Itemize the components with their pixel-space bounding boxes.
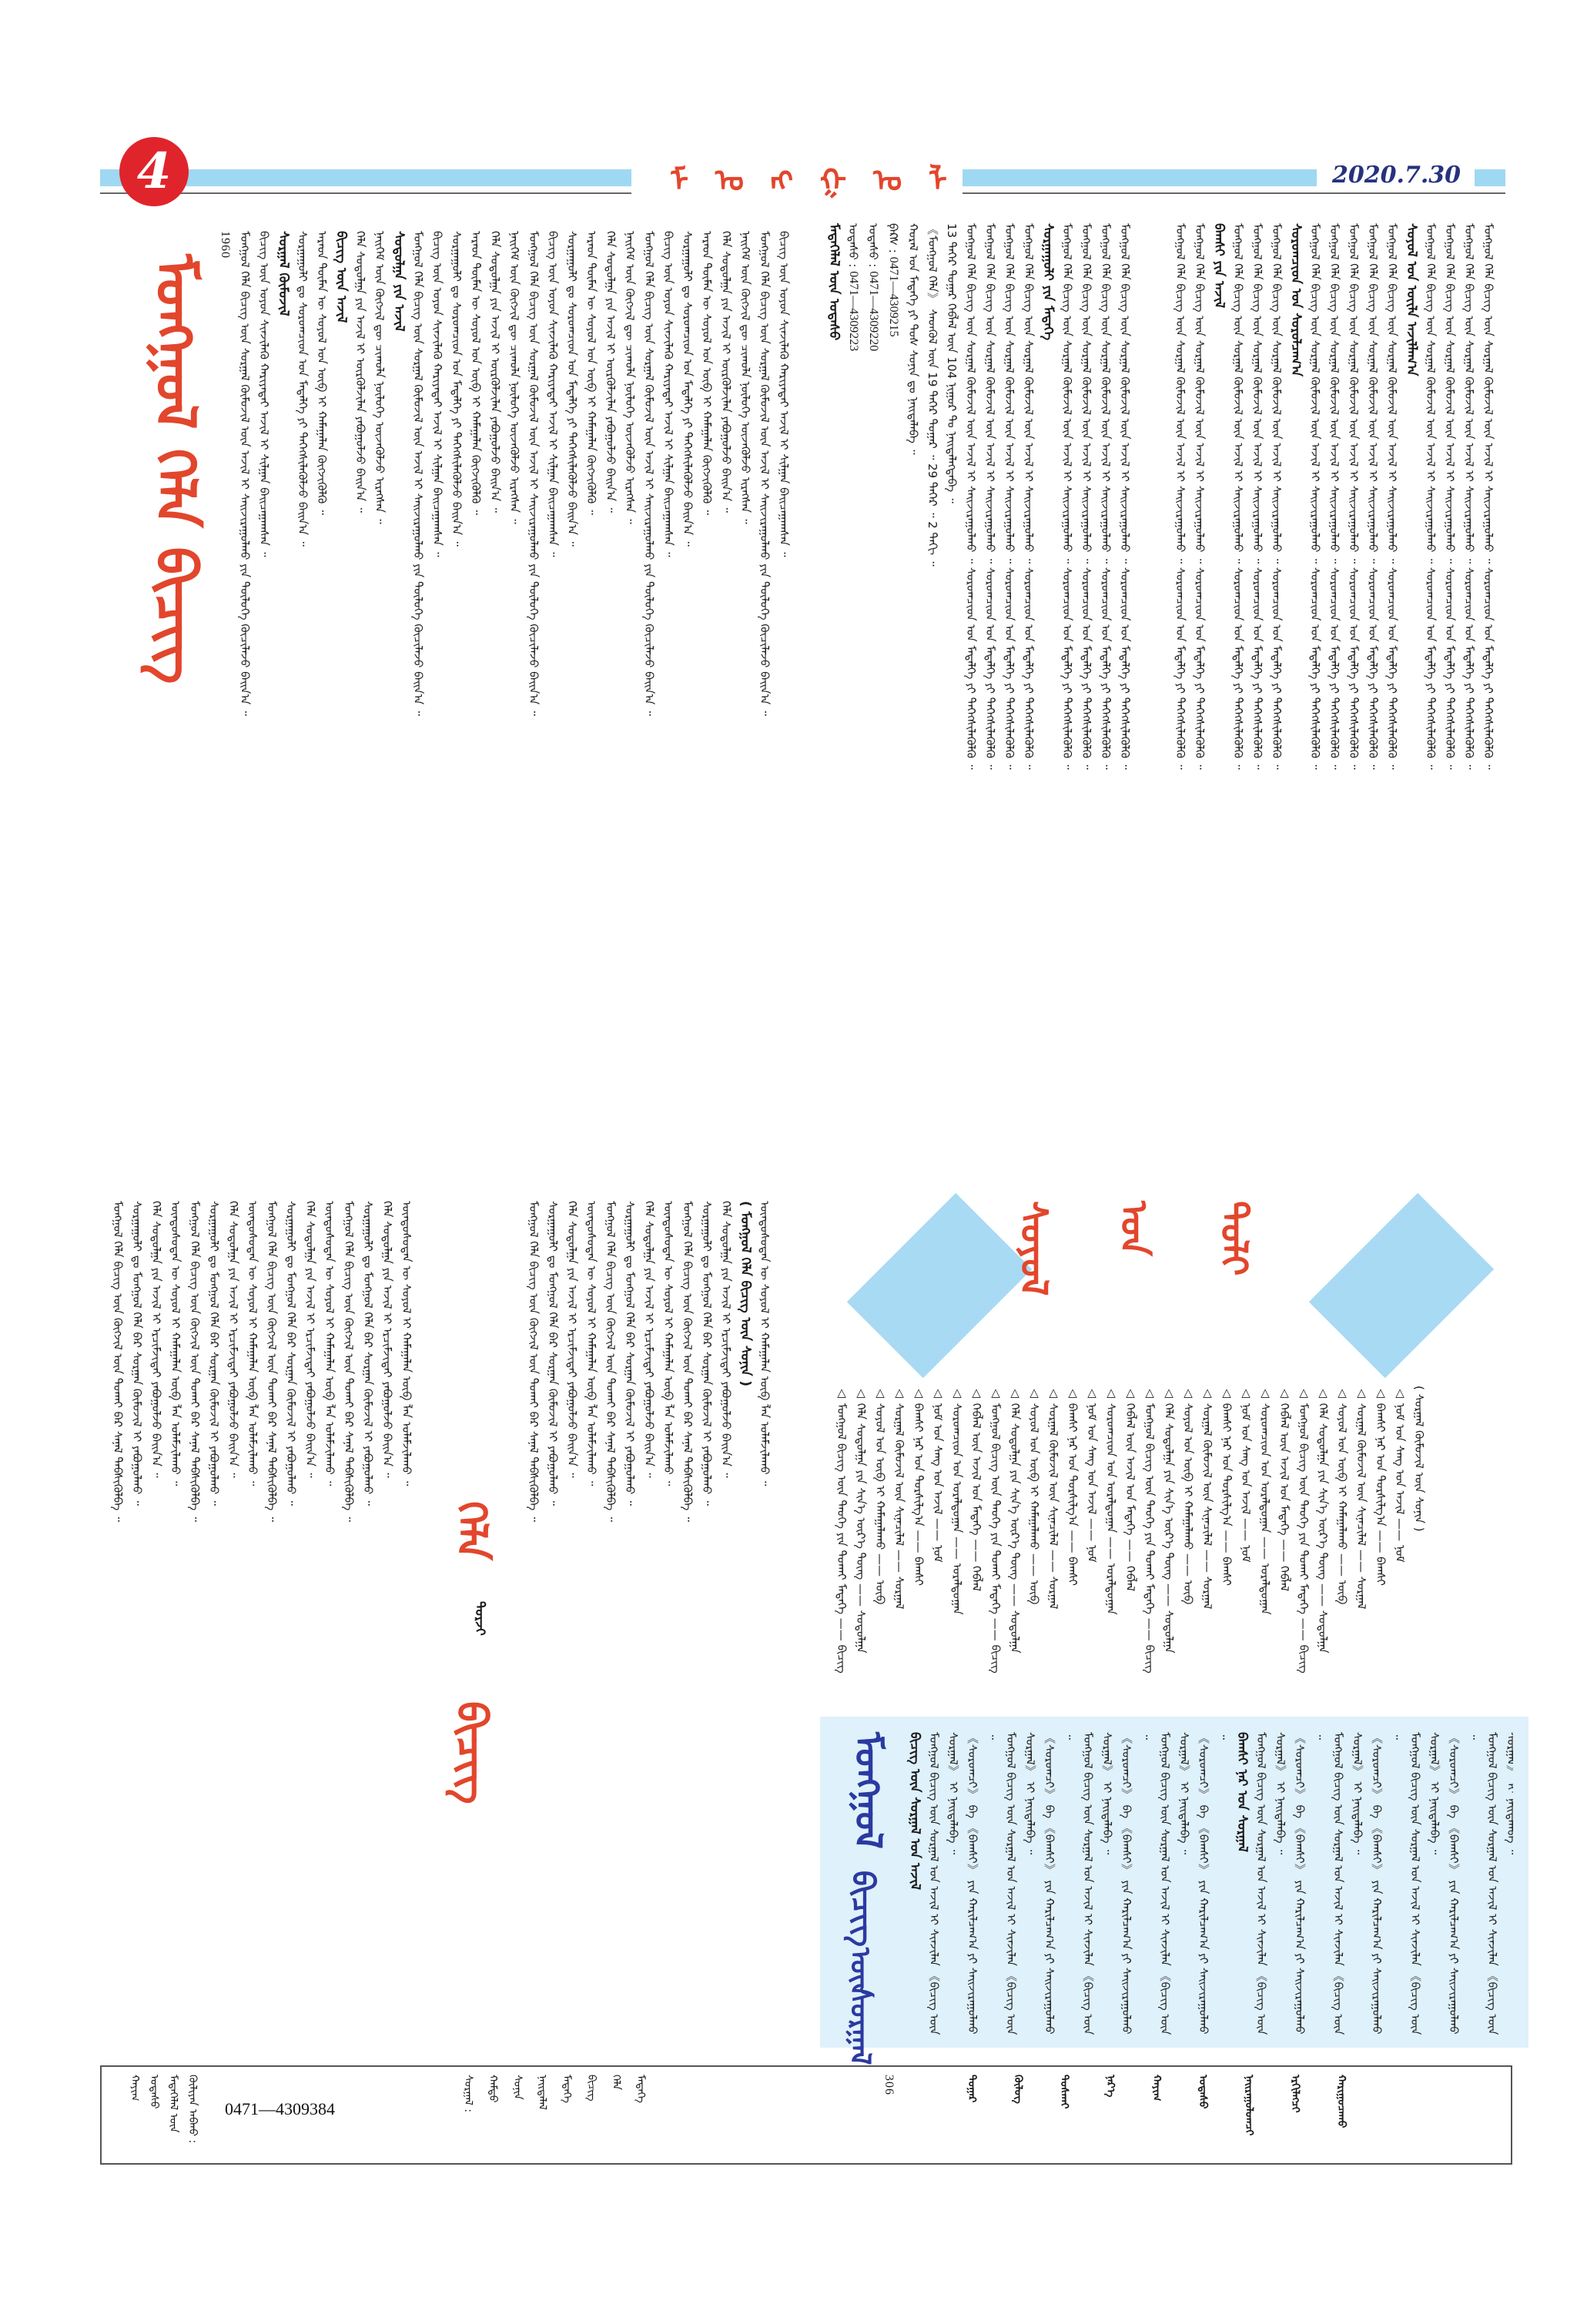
footer-left-labels: ᠬᠠᠶᠢᠭ ᠤᠲᠠᠰᠤ ᠮᠡᠳᠡᠭᠡᠯᠡᠯ ᠦᠨ ᠬᠦᠯᠢᠶᠡᠨ ᠠᠪᠬᠤ : [125, 2075, 217, 2159]
left-feature-paragraph: ᠮᠣᠩᠭᠣᠯ ᠬᠡᠯᠡ ᠪᠢᠴᠢᠭ ᠦᠨ ᠬᠥᠭᠵᠢᠯ ᠦᠨ ᠲᠤᠬᠠᠢ ᠪᠠᠷ… [185, 1201, 204, 2009]
news-paragraph: ᠮᠣᠩᠭᠣᠯ ᠬᠡᠯᠡ ᠪᠢᠴᠢᠭ ᠦᠨ ᠰᠤᠷᠭᠠᠯ ᠬᠦᠮᠦᠵᠢᠯ ᠦᠨ ᠠ… [1057, 223, 1076, 1185]
diamond-section-title-part: ᠲᠤᠯᠢ [1201, 1201, 1266, 1276]
feature-paragraph: ᠰᠤᠷᠭᠠᠭᠤᠯᠢ ᠳᠤ ᠰᠤᠷᠤᠭᠴᠢᠳ ᠤᠨ ᠮᠡᠳᠡᠯᠭᠡ ᠶᠢ ᠳᠡᠭᠡ… [447, 231, 466, 1185]
left-feature-paragraph: ᠬᠡᠯᠡ ᠰᠤᠳᠤᠯᠭᠠ ᠶᠢᠨ ᠠᠵᠢᠯ ᠢ ᠡᠷᠴᠢᠮᠵᠢᠲᠡᠢ ᠶᠠᠪᠤᠭ… [223, 1201, 243, 2009]
notice-paragraph: 《ᠮᠣᠩᠭᠣᠯ ᠬᠡᠯᠡ》 ᠰᠡᠳᠬᠦᠯ ᠦᠨ 19 ᠳᠡᠭᠡᠷ ᠳᠤᠭᠠᠷ ᠃… [922, 223, 942, 1185]
feature-paragraph: ᠮᠣᠩᠭᠣᠯ ᠬᠡᠯᠡ ᠪᠢᠴᠢᠭ ᠦᠨ ᠰᠤᠷᠭᠠᠯ ᠬᠦᠮᠦᠵᠢᠯ ᠦᠨ ᠠ… [524, 231, 543, 1185]
feature-paragraph: ᠨᠡᠢᠭᠡᠮ ᠦᠨ ᠬᠥᠭᠵᠢᠯ ᠳᠦ ᠴᠢᠬᠤᠯᠠ ᠨᠥᠯᠥᠭᠡ ᠦᠵᠡᠭᠦᠯ… [735, 231, 755, 1185]
feature-paragraph: ᠮᠣᠩᠭᠣᠯ ᠬᠡᠯᠡ ᠪᠢᠴᠢᠭ ᠦᠨ ᠰᠤᠷᠭᠠᠯ ᠬᠦᠮᠦᠵᠢᠯ ᠦᠨ ᠠ… [755, 231, 774, 1185]
left-feature-paragraph: ᠦᠨᠳᠦᠰᠦᠲᠡᠨ ᠦ ᠰᠣᠶᠣᠯ ᠢ ᠬᠠᠮᠠᠭᠠᠯᠠᠨ ᠥᠪ ᠯᠡᠨ ᠤᠯᠠ… [658, 1201, 678, 2009]
left-feature-paragraph: ᠦᠨᠳᠦᠰᠦᠲᠡᠨ ᠦ ᠰᠣᠶᠣᠯ ᠢ ᠬᠠᠮᠠᠭᠠᠯᠠᠨ ᠥᠪ ᠯᠡᠨ ᠤᠯᠠ… [166, 1201, 185, 2009]
feature-paragraph: ᠬᠡᠯᠡ ᠰᠤᠳᠤᠯᠭᠠ ᠶᠢᠨ ᠠᠵᠢᠯ ᠢ ᠦᠷᠭᠦᠯᠵᠢᠯᠡᠨ ᠶᠠᠪᠤᠭ… [716, 231, 735, 1185]
list-item: △ ᠰᠤᠷᠭᠠᠯ ᠬᠦᠮᠦᠵᠢᠯ ᠦᠨ ᠰᠢᠨᠡᠴᠢᠯᠡᠯ —— ᠰᠤᠷᠭᠠᠯ [1351, 1386, 1371, 1709]
feature-paragraph: ᠠᠷᠠᠳ ᠲᠦᠮᠡᠨ ᠦ ᠰᠣᠶᠣᠯ ᠤᠨ ᠥᠪ ᠢ ᠬᠠᠮᠠᠭᠠᠯᠠᠨ ᠬᠥᠭ… [697, 231, 716, 1185]
footer-label: ᠮᠡᠳᠡᠭᠡᠯᠡᠯ ᠦᠨ [163, 2075, 182, 2159]
source-credit: ( ᠰᠤᠷᠭᠠᠯ ᠬᠦᠮᠦᠵᠢᠯ ᠦᠨ ᠰᠣᠨᠢᠨ ) [1409, 1386, 1428, 1709]
list-item: △ ᠬᠡᠯᠡ ᠰᠤᠳᠤᠯᠭᠠ ᠶᠢᠨ ᠰᠢᠨ᠎ᠡ ᠦᠷ᠎ᠡ ᠳᠦᠩ —— ᠰᠤᠳ… [1313, 1386, 1332, 1709]
blue-box-paragraph: ᠮᠣᠩᠭᠣᠯ ᠪᠢᠴᠢᠭ ᠦᠨ ᠰᠤᠷᠭᠠᠯ ᠤᠨ ᠠᠵᠢᠯ ᠢ ᠰᠢᠨᠵᠢᠯᠡ… [1078, 1732, 1117, 2040]
footer-right-labels: ᠳᠤᠭᠠᠷ ᠬᠥᠯᠥᠭ ᠲᠤᠰᠬᠠᠢ ᠨᠡᠷ᠎ᠡ ᠬᠠᠶᠢᠭ ᠤᠲᠠᠰᠤ ᠨᠠᠢ… [949, 2075, 1488, 2159]
footer-label: ᠰᠤᠷᠭᠠᠯ : [456, 2075, 480, 2159]
news-paragraph: ᠮᠣᠩᠭᠣᠯ ᠬᠡᠯᠡ ᠪᠢᠴᠢᠭ ᠦᠨ ᠰᠤᠷᠭᠠᠯ ᠬᠦᠮᠦᠵᠢᠯ ᠦᠨ ᠠ… [1421, 223, 1440, 1185]
footer-label: ᠬᠠᠶᠢᠭ [125, 2075, 144, 2159]
feature-paragraph: ᠠᠷᠠᠳ ᠲᠦᠮᠡᠨ ᠦ ᠰᠣᠶᠣᠯ ᠤᠨ ᠥᠪ ᠢ ᠬᠠᠮᠠᠭᠠᠯᠠᠨ ᠬᠥᠭ… [466, 231, 485, 1185]
diamond-section-title-part: ᠤᠨ [1101, 1201, 1166, 1256]
footer-label: ᠤᠲᠠᠰᠤ [1180, 2075, 1226, 2159]
left-feature-paragraph: ᠰᠤᠷᠭᠠᠭᠤᠯᠢ ᠳᠤ ᠮᠣᠩᠭᠣᠯ ᠬᠡᠯᠡ ᠪᠡᠷ ᠰᠤᠷᠭᠠᠨ ᠬᠦᠮᠦ… [358, 1201, 377, 2009]
list-item: △ ᠮᠣᠩᠭᠣᠯ ᠪᠢᠴᠢᠭ ᠦᠨ ᠲᠡᠦᠬᠡ ᠶᠢᠨ ᠲᠤᠬᠠᠢ ᠮᠡᠳᠡᠭᠡ… [986, 1386, 1005, 1709]
news-paragraph: ᠮᠣᠩᠭᠣᠯ ᠬᠡᠯᠡ ᠪᠢᠴᠢᠭ ᠦᠨ ᠰᠤᠷᠭᠠᠯ ᠬᠦᠮᠦᠵᠢᠯ ᠦᠨ ᠠ… [1267, 223, 1286, 1185]
left-feature-paragraph: ᠰᠤᠷᠭᠠᠭᠤᠯᠢ ᠳᠤ ᠮᠣᠩᠭᠣᠯ ᠬᠡᠯᠡ ᠪᠡᠷ ᠰᠤᠷᠭᠠᠨ ᠬᠦᠮᠦ… [543, 1201, 562, 2009]
footer-phone-number: 0471—4309384 [225, 2099, 335, 2119]
left-feature-paragraph: ᠮᠣᠩᠭᠣᠯ ᠬᠡᠯᠡ ᠪᠢᠴᠢᠭ ᠦᠨ ᠬᠥᠭᠵᠢᠯ ᠦᠨ ᠲᠤᠬᠠᠢ ᠪᠠᠷ… [601, 1201, 620, 2009]
left-feature-paragraph: ᠰᠤᠷᠭᠠᠭᠤᠯᠢ ᠳᠤ ᠮᠣᠩᠭᠣᠯ ᠬᠡᠯᠡ ᠪᠡᠷ ᠰᠤᠷᠭᠠᠨ ᠬᠦᠮᠦ… [127, 1201, 146, 2009]
list-item: △ ᠮᠣᠩᠭᠣᠯ ᠪᠢᠴᠢᠭ ᠦᠨ ᠲᠡᠦᠬᠡ ᠶᠢᠨ ᠲᠤᠬᠠᠢ ᠮᠡᠳᠡᠭᠡ… [1294, 1386, 1313, 1709]
feature-paragraph: ᠬᠡᠯᠡ ᠰᠤᠳᠤᠯᠭᠠ ᠶᠢᠨ ᠠᠵᠢᠯ ᠢ ᠦᠷᠭᠦᠯᠵᠢᠯᠡᠨ ᠶᠠᠪᠤᠭ… [601, 231, 620, 1185]
phone-label: ᠤᠲᠠᠰᠤ [846, 223, 860, 260]
masthead-glyph: ᠣ [715, 146, 744, 200]
footer-info-box: ᠬᠠᠶᠢᠭ ᠤᠲᠠᠰᠤ ᠮᠡᠳᠡᠭᠡᠯᠡᠯ ᠦᠨ ᠬᠦᠯᠢᠶᠡᠨ ᠠᠪᠬᠤ : … [100, 2065, 1512, 2165]
footer-label: ᠮᠡᠳᠡᠭᠡ [628, 2075, 653, 2159]
feature-paragraph: ᠨᠡᠢᠭᠡᠮ ᠦᠨ ᠬᠥᠭᠵᠢᠯ ᠳᠦ ᠴᠢᠬᠤᠯᠠ ᠨᠥᠯᠥᠭᠡ ᠦᠵᠡᠭᠦᠯ… [620, 231, 639, 1185]
left-feature-paragraph: ᠬᠡᠯᠡ ᠰᠤᠳᠤᠯᠭᠠ ᠶᠢᠨ ᠠᠵᠢᠯ ᠢ ᠡᠷᠴᠢᠮᠵᠢᠲᠡᠢ ᠶᠠᠪᠤᠭ… [377, 1201, 397, 2009]
footer-label: ᠨᠡᠢᠲᠡᠯᠡᠯ [530, 2075, 554, 2159]
feature-paragraph: ᠪᠢᠴᠢᠭ ᠦᠨ ᠣᠶᠤᠨ ᠰᠢᠨᠵᠢᠯᠡᠬᠦ ᠬᠠᠷᠢᠶᠠᠲᠠᠢ ᠠᠵᠢᠯ ᠢ… [774, 231, 793, 1185]
list-item: △ ᠬᠡᠪᠯᠡᠯ ᠦᠨ ᠠᠵᠢᠯ ᠤᠨ ᠮᠡᠳᠡᠭᠡ —— ᠬᠡᠪᠯᠡᠯ [1274, 1386, 1294, 1709]
feature-paragraph: ᠨᠡᠢᠭᠡᠮ ᠦᠨ ᠬᠥᠭᠵᠢᠯ ᠳᠦ ᠴᠢᠬᠤᠯᠠ ᠨᠥᠯᠥᠭᠡ ᠦᠵᠡᠭᠦᠯ… [504, 231, 524, 1185]
notice-paragraph: ᠮᠣᠩᠭᠣᠯ ᠬᠡᠯᠡ ᠪᠢᠴᠢᠭ ᠦᠨ ᠰᠤᠷᠭᠠᠯ ᠬᠦᠮᠦᠵᠢᠯ ᠦᠨ ᠠ… [999, 223, 1019, 1185]
news-paragraph: ᠮᠣᠩᠭᠣᠯ ᠬᠡᠯᠡ ᠪᠢᠴᠢᠭ ᠦᠨ ᠰᠤᠷᠭᠠᠯ ᠬᠦᠮᠦᠵᠢᠯ ᠦᠨ ᠠ… [1324, 223, 1344, 1185]
left-feature-paragraph: ᠬᠡᠯᠡ ᠰᠤᠳᠤᠯᠭᠠ ᠶᠢᠨ ᠠᠵᠢᠯ ᠢ ᠡᠷᠴᠢᠮᠵᠢᠲᠡᠢ ᠶᠠᠪᠤᠭ… [639, 1201, 658, 2009]
left-feature-byline: ᠳᠣᠷᠵᠢ [470, 1601, 493, 1694]
news-paragraph: ᠮᠣᠩᠭᠣᠯ ᠬᠡᠯᠡ ᠪᠢᠴᠢᠭ ᠦᠨ ᠰᠤᠷᠭᠠᠯ ᠬᠦᠮᠦᠵᠢᠯ ᠦᠨ ᠠ… [1305, 223, 1324, 1185]
news-subhead: ᠰᠣᠶᠣᠯ ᠤᠨ ᠦᠢᠯᠡ ᠠᠵᠢᠯᠯᠠᠭ᠎ᠠ [1401, 223, 1421, 1185]
feature-paragraph: ᠬᠡᠯᠡ ᠰᠤᠳᠤᠯᠭᠠ ᠶᠢᠨ ᠠᠵᠢᠯ ᠢ ᠦᠷᠭᠦᠯᠵᠢᠯᠡᠨ ᠶᠠᠪᠤᠭ… [485, 231, 504, 1185]
list-item: △ ᠨᠣᠮ ᠤᠨ ᠰᠠᠩ ᠤᠨ ᠠᠵᠢᠯ —— ᠨᠣᠮ [928, 1386, 947, 1709]
news-paragraph: ᠮᠣᠩᠭᠣᠯ ᠬᠡᠯᠡ ᠪᠢᠴᠢᠭ ᠦᠨ ᠰᠤᠷᠭᠠᠯ ᠬᠦᠮᠦᠵᠢᠯ ᠦᠨ ᠠ… [1344, 223, 1363, 1185]
masthead-glyph: ᠮ [670, 146, 688, 200]
left-feature-paragraph: ᠬᠡᠯᠡ ᠰᠤᠳᠤᠯᠭᠠ ᠶᠢᠨ ᠠᠵᠢᠯ ᠢ ᠡᠷᠴᠢᠮᠵᠢᠲᠡᠢ ᠶᠠᠪᠤᠭ… [562, 1201, 581, 2009]
blue-box-paragraph: 《ᠰᠤᠷᠤᠭᠴᠢ》 ᠪᠠ 《ᠪᠠᠭᠰᠢ》 ᠶᠢᠨ ᠬᠠᠷᠢᠯᠴᠠᠭ᠎ᠠ ᠶᠢ ᠰ… [963, 1732, 1001, 2040]
feature-paragraph: ᠰᠤᠷᠭᠠᠭᠤᠯᠢ ᠳᠤ ᠰᠤᠷᠤᠭᠴᠢᠳ ᠤᠨ ᠮᠡᠳᠡᠯᠭᠡ ᠶᠢ ᠳᠡᠭᠡ… [293, 231, 312, 1185]
left-feature-paragraph: ᠦᠨᠳᠦᠰᠦᠲᠡᠨ ᠦ ᠰᠣᠶᠣᠯ ᠢ ᠬᠠᠮᠠᠭᠠᠯᠠᠨ ᠥᠪ ᠯᠡᠨ ᠤᠯᠠ… [397, 1201, 416, 2009]
news-paragraph: ᠮᠣᠩᠭᠣᠯ ᠬᠡᠯᠡ ᠪᠢᠴᠢᠭ ᠦᠨ ᠰᠤᠷᠭᠠᠯ ᠬᠦᠮᠦᠵᠢᠯ ᠦᠨ ᠠ… [1115, 223, 1134, 1185]
feature-paragraph: ᠪᠢᠴᠢᠭ ᠦᠨ ᠣᠶᠤᠨ ᠰᠢᠨᠵᠢᠯᠡᠬᠦ ᠬᠠᠷᠢᠶᠠᠲᠠᠢ ᠠᠵᠢᠯ ᠢ… [427, 231, 447, 1185]
feature-article-body: 1960 ᠮᠣᠩᠭᠣᠯ ᠬᠡᠯᠡ ᠪᠢᠴᠢᠭ ᠦᠨ ᠰᠤᠷᠭᠠᠯ ᠬᠦᠮᠦᠵᠢᠯ… [216, 231, 816, 1185]
list-item: △ ᠰᠤᠷᠭᠠᠯ ᠬᠦᠮᠦᠵᠢᠯ ᠦᠨ ᠰᠢᠨᠡᠴᠢᠯᠡᠯ —— ᠰᠤᠷᠭᠠᠯ [889, 1386, 909, 1709]
masthead-glyph: ᠯ [929, 146, 947, 200]
list-item: △ ᠬᠡᠪᠯᠡᠯ ᠦᠨ ᠠᠵᠢᠯ ᠤᠨ ᠮᠡᠳᠡᠭᠡ —— ᠬᠡᠪᠯᠡᠯ [1120, 1386, 1140, 1709]
list-item: △ ᠨᠣᠮ ᠤᠨ ᠰᠠᠩ ᠤᠨ ᠠᠵᠢᠯ —— ᠨᠣᠮ [1390, 1386, 1409, 1709]
left-feature-paragraph: ᠮᠣᠩᠭᠣᠯ ᠬᠡᠯᠡ ᠪᠢᠴᠢᠭ ᠦᠨ ᠬᠥᠭᠵᠢᠯ ᠦᠨ ᠲᠤᠬᠠᠢ ᠪᠠᠷ… [339, 1201, 358, 2009]
news-paragraph: ᠮᠣᠩᠭᠣᠯ ᠬᠡᠯᠡ ᠪᠢᠴᠢᠭ ᠦᠨ ᠰᠤᠷᠭᠠᠯ ᠬᠦᠮᠦᠵᠢᠯ ᠦᠨ ᠠ… [1076, 223, 1096, 1185]
footer-label: ᠰᠤᠨᠢᠨ [505, 2075, 530, 2159]
footer-label: ᠲᠤᠰᠬᠠᠢ [1041, 2075, 1087, 2159]
news-subhead: ᠰᠤᠷᠭᠠᠭᠤᠯᠢ ᠶᠢᠨ ᠮᠡᠳᠡᠭᠡ [1038, 223, 1057, 1185]
blue-box-title-part: ᠰᠤᠷᠭᠠᠯ [835, 1986, 884, 2065]
news-paragraph: ᠮᠣᠩᠭᠣᠯ ᠬᠡᠯᠡ ᠪᠢᠴᠢᠭ ᠦᠨ ᠰᠤᠷᠭᠠᠯ ᠬᠦᠮᠦᠵᠢᠯ ᠦᠨ ᠠ… [1170, 223, 1190, 1185]
blue-box-paragraph: 《ᠰᠤᠷᠤᠭᠴᠢ》 ᠪᠠ 《ᠪᠠᠭᠰᠢ》 ᠶᠢᠨ ᠬᠠᠷᠢᠯᠴᠠᠭ᠎ᠠ ᠶᠢ ᠰ… [1040, 1732, 1078, 2040]
left-feature-title-part: ᠪᠢᠴᠢᠭ [435, 1701, 508, 1804]
feature-subhead: ᠰᠤᠷᠭᠠᠯ ᠬᠦᠮᠦᠵᠢᠯ [273, 231, 293, 1185]
footer-code: 306 [879, 2075, 902, 2121]
footer-label: ᠨᠡᠷ᠎ᠡ [1087, 2075, 1133, 2159]
list-item: △ ᠬᠡᠪᠯᠡᠯ ᠦᠨ ᠠᠵᠢᠯ ᠤᠨ ᠮᠡᠳᠡᠭᠡ —— ᠬᠡᠪᠯᠡᠯ [966, 1386, 986, 1709]
blue-box-title-part: ᠮᠣᠩᠭᠣᠯ [835, 1732, 900, 1849]
news-paragraph: ᠮᠣᠩᠭᠣᠯ ᠬᠡᠯᠡ ᠪᠢᠴᠢᠭ ᠦᠨ ᠰᠤᠷᠭᠠᠯ ᠬᠦᠮᠦᠵᠢᠯ ᠦᠨ ᠠ… [1478, 223, 1498, 1185]
list-item: △ ᠪᠠᠭᠰᠢ ᠨᠠᠷ ᠤᠨ ᠲᠤᠷᠰᠢᠯᠭ᠎ᠠ —— ᠪᠠᠭᠰᠢ [1063, 1386, 1082, 1709]
notice-article: ᠮᠡᠳᠡᠭᠡᠯᠡᠯ ᠦᠨ ᠤᠲᠠᠰᠤ ᠤᠲᠠᠰᠤ : 0471—4309223 … [824, 223, 1163, 1185]
feature-paragraph: ᠨᠡᠢᠭᠡᠮ ᠦᠨ ᠬᠥᠭᠵᠢᠯ ᠳᠦ ᠴᠢᠬᠤᠯᠠ ᠨᠥᠯᠥᠭᠡ ᠦᠵᠡᠭᠦᠯ… [370, 231, 389, 1185]
news-paragraph: ᠮᠣᠩᠭᠣᠯ ᠬᠡᠯᠡ ᠪᠢᠴᠢᠭ ᠦᠨ ᠰᠤᠷᠭᠠᠯ ᠬᠦᠮᠦᠵᠢᠯ ᠦᠨ ᠠ… [1096, 223, 1115, 1185]
list-item: △ ᠰᠤᠷᠤᠭᠴᠢᠳ ᠤᠨ ᠤᠷᠠᠯᠳᠤᠭᠠᠨ —— ᠤᠷᠠᠯᠳᠤᠭᠠᠨ [947, 1386, 966, 1709]
blue-box-subhead: ᠪᠠᠭᠰᠢ ᠨᠠᠷ ᠤᠨ ᠰᠤᠷᠭᠠᠯ [1232, 1732, 1251, 2040]
blue-box-title-part: ᠪᠢᠴᠢᠭ [835, 1871, 889, 1947]
fax-label: ᠹᠠᠺᠰ [886, 223, 900, 246]
news-paragraph: ᠮᠣᠩᠭᠣᠯ ᠬᠡᠯᠡ ᠪᠢᠴᠢᠭ ᠦᠨ ᠰᠤᠷᠭᠠᠯ ᠬᠦᠮᠦᠵᠢᠯ ᠦᠨ ᠠ… [1363, 223, 1382, 1185]
left-feature-paragraph: ᠮᠣᠩᠭᠣᠯ ᠬᠡᠯᠡ ᠪᠢᠴᠢᠭ ᠦᠨ ᠬᠥᠭᠵᠢᠯ ᠦᠨ ᠲᠤᠬᠠᠢ ᠪᠠᠷ… [108, 1201, 127, 2009]
feature-paragraph: ᠪᠢᠴᠢᠭ ᠦᠨ ᠣᠶᠤᠨ ᠰᠢᠨᠵᠢᠯᠡᠬᠦ ᠬᠠᠷᠢᠶᠠᠲᠠᠢ ᠠᠵᠢᠯ ᠢ… [658, 231, 678, 1185]
footer-middle-labels: ᠰᠤᠷᠭᠠᠯ : ᠬᠠᠮᠲᠤ ᠰᠤᠨᠢᠨ ᠨᠡᠢᠲᠡᠯᠡᠯ ᠮᠡᠳᠡᠭᠡ ᠪᠢᠴ… [456, 2075, 764, 2159]
list-item: △ ᠮᠣᠩᠭᠣᠯ ᠪᠢᠴᠢᠭ ᠦᠨ ᠲᠡᠦᠬᠡ ᠶᠢᠨ ᠲᠤᠬᠠᠢ ᠮᠡᠳᠡᠭᠡ… [1140, 1386, 1159, 1709]
masthead-glyph: ᠩ [771, 146, 794, 200]
footer-label: ᠬᠠᠶᠢᠭ [1133, 2075, 1180, 2159]
list-item: △ ᠪᠠᠭᠰᠢ ᠨᠠᠷ ᠤᠨ ᠲᠤᠷᠰᠢᠯᠭ᠎ᠠ —— ᠪᠠᠭᠰᠢ [1217, 1386, 1236, 1709]
blue-box-paragraph: 《ᠰᠤᠷᠤᠭᠴᠢ》 ᠪᠠ 《ᠪᠠᠭᠰᠢ》 ᠶᠢᠨ ᠬᠠᠷᠢᠯᠴᠠᠭ᠎ᠠ ᠶᠢ ᠰ… [1194, 1732, 1232, 2040]
list-item: △ ᠰᠣᠶᠣᠯ ᠤᠨ ᠥᠪ ᠢ ᠬᠠᠮᠠᠭᠠᠯᠠᠬᠤ —— ᠥᠪ [1024, 1386, 1043, 1709]
masthead-glyph: ᠭ [820, 146, 847, 200]
footer-label: ᠪᠢᠴᠢᠭ [579, 2075, 604, 2159]
news-columns-right: ᠮᠣᠩᠭᠣᠯ ᠬᠡᠯᠡ ᠪᠢᠴᠢᠭ ᠦᠨ ᠰᠤᠷᠭᠠᠯ ᠬᠦᠮᠦᠵᠢᠯ ᠦᠨ ᠠ… [1170, 223, 1509, 1185]
left-feature-paragraph: ᠦᠨᠳᠦᠰᠦᠲᠡᠨ ᠦ ᠰᠣᠶᠣᠯ ᠢ ᠬᠠᠮᠠᠭᠠᠯᠠᠨ ᠥᠪ ᠯᠡᠨ ᠤᠯᠠ… [320, 1201, 339, 2009]
footer-label: ᠮᠡᠳᠡᠭᠡ [554, 2075, 579, 2159]
diamond-section-list: △ ᠮᠣᠩᠭᠣᠯ ᠪᠢᠴᠢᠭ ᠦᠨ ᠲᠡᠦᠬᠡ ᠶᠢᠨ ᠲᠤᠬᠠᠢ ᠮᠡᠳᠡᠭᠡ… [832, 1386, 1509, 1709]
feature-paragraph: ᠮᠣᠩᠭᠣᠯ ᠬᠡᠯᠡ ᠪᠢᠴᠢᠭ ᠦᠨ ᠰᠤᠷᠭᠠᠯ ᠬᠦᠮᠦᠵᠢᠯ ᠦᠨ ᠠ… [408, 231, 427, 1185]
year-reference: 1960 [216, 231, 235, 1185]
blue-box-paragraph: ᠮᠣᠩᠭᠣᠯ ᠪᠢᠴᠢᠭ ᠦᠨ ᠰᠤᠷᠭᠠᠯ ᠤᠨ ᠠᠵᠢᠯ ᠢ ᠰᠢᠨᠵᠢᠯᠡ… [924, 1732, 963, 2040]
news-subhead: ᠰᠤᠷᠤᠭᠴᠢᠳ ᠤᠨ ᠰᠤᠷᠤᠯᠴᠠᠭ᠎ᠠ [1286, 223, 1305, 1185]
blue-box-paragraph: 《ᠰᠤᠷᠤᠭᠴᠢ》 ᠪᠠ 《ᠪᠠᠭᠰᠢ》 ᠶᠢᠨ ᠬᠠᠷᠢᠯᠴᠠᠭ᠎ᠠ ᠶᠢ ᠰ… [1117, 1732, 1155, 2040]
left-feature-paragraph: ᠮᠣᠩᠭᠣᠯ ᠬᠡᠯᠡ ᠪᠢᠴᠢᠭ ᠦᠨ ᠬᠥᠭᠵᠢᠯ ᠦᠨ ᠲᠤᠬᠠᠢ ᠪᠠᠷ… [262, 1201, 281, 2009]
masthead-glyph: ᠣ [873, 146, 902, 200]
list-item: △ ᠬᠡᠯᠡ ᠰᠤᠳᠤᠯᠭᠠ ᠶᠢᠨ ᠰᠢᠨ᠎ᠡ ᠦᠷ᠎ᠡ ᠳᠦᠩ —— ᠰᠤᠳ… [1159, 1386, 1178, 1709]
blue-box-paragraph: ᠮᠣᠩᠭᠣᠯ ᠪᠢᠴᠢᠭ ᠦᠨ ᠰᠤᠷᠭᠠᠯ ᠤᠨ ᠠᠵᠢᠯ ᠢ ᠰᠢᠨᠵᠢᠯᠡ… [1328, 1732, 1367, 2040]
left-feature-columns-b: ᠮᠣᠩᠭᠣᠯ ᠬᠡᠯᠡ ᠪᠢᠴᠢᠭ ᠦᠨ ᠬᠥᠭᠵᠢᠯ ᠦᠨ ᠲᠤᠬᠠᠢ ᠪᠠᠷ… [524, 1201, 816, 2009]
phone-number: 0471—4309220 [867, 271, 880, 351]
left-feature-paragraph: ᠬᠡᠯᠡ ᠰᠤᠳᠤᠯᠭᠠ ᠶᠢᠨ ᠠᠵᠢᠯ ᠢ ᠡᠷᠴᠢᠮᠵᠢᠲᠡᠢ ᠶᠠᠪᠤᠭ… [300, 1201, 320, 2009]
page-number-badge: 4 [119, 137, 189, 206]
feature-paragraph: ᠮᠣᠩᠭᠣᠯ ᠬᠡᠯᠡ ᠪᠢᠴᠢᠭ ᠦᠨ ᠰᠤᠷᠭᠠᠯ ᠬᠦᠮᠦᠵᠢᠯ ᠦᠨ ᠠ… [235, 231, 254, 1185]
footer-label: ᠤᠲᠠᠰᠤ [144, 2075, 163, 2159]
news-subhead: ᠪᠠᠭᠰᠢ ᠶᠢᠨ ᠠᠵᠢᠯ [1209, 223, 1228, 1185]
blue-box-article: ᠮᠣᠩᠭᠣᠯ ᠪᠢᠴᠢᠭ ᠦᠨ ᠰᠤᠷᠭᠠᠯ ᠪᠢᠴᠢᠭ ᠦᠨ ᠰᠤᠷᠭᠠᠯ ᠤ… [820, 1717, 1528, 2048]
notice-paragraph: ᠮᠣᠩᠭᠣᠯ ᠬᠡᠯᠡ ᠪᠢᠴᠢᠭ ᠦᠨ ᠰᠤᠷᠭᠠᠯ ᠬᠦᠮᠦᠵᠢᠯ ᠦᠨ ᠠ… [961, 223, 980, 1185]
blue-box-paragraph: 《ᠰᠤᠷᠤᠭᠴᠢ》 ᠪᠠ 《ᠪᠠᠭᠰᠢ》 ᠶᠢᠨ ᠬᠠᠷᠢᠯᠴᠠᠭ᠎ᠠ ᠶᠢ ᠰ… [1290, 1732, 1328, 2040]
notice-paragraph: ᠬᠤᠷᠠᠯ ᠤᠨ ᠮᠡᠳᠡᠭᠡ ᠶᠢ ᠲᠤᠰ ᠰᠤᠨᠢᠨ ᠳᠤ ᠨᠡᠢᠲᠡᠯᠡᠪ… [903, 223, 922, 1185]
masthead-title: ᠮ ᠣ ᠩ ᠭ ᠣ ᠯ [670, 146, 947, 200]
blue-box-paragraph: 《ᠰᠤᠷᠤᠭᠴᠢ》 ᠪᠠ 《ᠪᠠᠭᠰᠢ》 ᠶᠢᠨ ᠬᠠᠷᠢᠯᠴᠠᠭ᠎ᠠ ᠶᠢ ᠰ… [1367, 1732, 1405, 2040]
left-feature-paragraph: ᠬᠡᠯᠡ ᠰᠤᠳᠤᠯᠭᠠ ᠶᠢᠨ ᠠᠵᠢᠯ ᠢ ᠡᠷᠴᠢᠮᠵᠢᠲᠡᠢ ᠶᠠᠪᠤᠭ… [146, 1201, 166, 2009]
list-item: △ ᠪᠠᠭᠰᠢ ᠨᠠᠷ ᠤᠨ ᠲᠤᠷᠰᠢᠯᠭ᠎ᠠ —— ᠪᠠᠭᠰᠢ [1371, 1386, 1390, 1709]
left-feature-paragraph: ᠮᠣᠩᠭᠣᠯ ᠬᠡᠯᠡ ᠪᠢᠴᠢᠭ ᠦᠨ ᠬᠥᠭᠵᠢᠯ ᠦᠨ ᠲᠤᠬᠠᠢ ᠪᠠᠷ… [524, 1201, 543, 2009]
left-feature-paragraph: ᠰᠤᠷᠭᠠᠭᠤᠯᠢ ᠳᠤ ᠮᠣᠩᠭᠣᠯ ᠬᠡᠯᠡ ᠪᠡᠷ ᠰᠤᠷᠭᠠᠨ ᠬᠦᠮᠦ… [697, 1201, 716, 2009]
header-band-end [1475, 169, 1505, 186]
list-item: △ ᠰᠤᠷᠭᠠᠯ ᠬᠦᠮᠦᠵᠢᠯ ᠦᠨ ᠰᠢᠨᠡᠴᠢᠯᠡᠯ —— ᠰᠤᠷᠭᠠᠯ [1043, 1386, 1063, 1709]
feature-paragraph: ᠰᠤᠷᠭᠠᠭᠤᠯᠢ ᠳᠤ ᠰᠤᠷᠤᠭᠴᠢᠳ ᠤᠨ ᠮᠡᠳᠡᠯᠭᠡ ᠶᠢ ᠳᠡᠭᠡ… [562, 231, 581, 1185]
blue-box-subhead: ᠪᠢᠴᠢᠭ ᠦᠨ ᠰᠤᠷᠭᠠᠯ ᠤᠨ ᠠᠵᠢᠯ [905, 1732, 924, 2040]
feature-paragraph: ᠠᠷᠠᠳ ᠲᠦᠮᠡᠨ ᠦ ᠰᠣᠶᠣᠯ ᠤᠨ ᠥᠪ ᠢ ᠬᠠᠮᠠᠭᠠᠯᠠᠨ ᠬᠥᠭ… [312, 231, 331, 1185]
list-item: △ ᠰᠣᠶᠣᠯ ᠤᠨ ᠥᠪ ᠢ ᠬᠠᠮᠠᠭᠠᠯᠠᠬᠤ —— ᠥᠪ [870, 1386, 889, 1709]
news-paragraph: ᠮᠣᠩᠭᠣᠯ ᠬᠡᠯᠡ ᠪᠢᠴᠢᠭ ᠦᠨ ᠰᠤᠷᠭᠠᠯ ᠬᠦᠮᠦᠵᠢᠯ ᠦᠨ ᠠ… [1247, 223, 1267, 1185]
news-paragraph: ᠮᠣᠩᠭᠣᠯ ᠬᠡᠯᠡ ᠪᠢᠴᠢᠭ ᠦᠨ ᠰᠤᠷᠭᠠᠯ ᠬᠦᠮᠦᠵᠢᠯ ᠦᠨ ᠠ… [1228, 223, 1247, 1185]
fax-line: ᠹᠠᠺᠰ : 0471—4309215 [883, 223, 903, 1185]
list-item: △ ᠪᠠᠭᠰᠢ ᠨᠠᠷ ᠤᠨ ᠲᠤᠷᠰᠢᠯᠭ᠎ᠠ —— ᠪᠠᠭᠰᠢ [909, 1386, 928, 1709]
left-feature-paragraph: ᠦᠨᠳᠦᠰᠦᠲᠡᠨ ᠦ ᠰᠣᠶᠣᠯ ᠢ ᠬᠠᠮᠠᠭᠠᠯᠠᠨ ᠥᠪ ᠯᠡᠨ ᠤᠯᠠ… [243, 1201, 262, 2009]
feature-paragraph: ᠮᠣᠩᠭᠣᠯ ᠬᠡᠯᠡ ᠪᠢᠴᠢᠭ ᠦᠨ ᠰᠤᠷᠭᠠᠯ ᠬᠦᠮᠦᠵᠢᠯ ᠦᠨ ᠠ… [639, 231, 658, 1185]
list-item: △ ᠰᠤᠷᠤᠭᠴᠢᠳ ᠤᠨ ᠤᠷᠠᠯᠳᠤᠭᠠᠨ —— ᠤᠷᠠᠯᠳᠤᠭᠠᠨ [1255, 1386, 1274, 1709]
diamond-decoration-right [1309, 1193, 1494, 1378]
feature-paragraph: ᠠᠷᠠᠳ ᠲᠦᠮᠡᠨ ᠦ ᠰᠣᠶᠣᠯ ᠤᠨ ᠥᠪ ᠢ ᠬᠠᠮᠠᠭᠠᠯᠠᠨ ᠬᠥᠭ… [581, 231, 601, 1185]
fax-number: 0471—4309215 [887, 257, 900, 337]
footer-label: ᠡᠷᠬᠢᠯᠡᠭᠴᠢ [1272, 2075, 1318, 2159]
list-item: △ ᠰᠣᠶᠣᠯ ᠤᠨ ᠥᠪ ᠢ ᠬᠠᠮᠠᠭᠠᠯᠠᠬᠤ —— ᠥᠪ [1178, 1386, 1197, 1709]
news-paragraph: ᠮᠣᠩᠭᠣᠯ ᠬᠡᠯᠡ ᠪᠢᠴᠢᠭ ᠦᠨ ᠰᠤᠷᠭᠠᠯ ᠬᠦᠮᠦᠵᠢᠯ ᠦᠨ ᠠ… [1382, 223, 1401, 1185]
list-item: △ ᠨᠣᠮ ᠤᠨ ᠰᠠᠩ ᠤᠨ ᠠᠵᠢᠯ —— ᠨᠣᠮ [1082, 1386, 1101, 1709]
diamond-section-title-part: ᠰᠣᠶᠣᠯ [1001, 1201, 1066, 1296]
news-paragraph: ᠮᠣᠩᠭᠣᠯ ᠬᠡᠯᠡ ᠪᠢᠴᠢᠭ ᠦᠨ ᠰᠤᠷᠭᠠᠯ ᠬᠦᠮᠦᠵᠢᠯ ᠦᠨ ᠠ… [1440, 223, 1459, 1185]
notice-paragraph: 13 ᠳᠡᠭᠡᠷ ᠳᠤᠭᠠᠷ ᠬᠡᠪᠯᠡᠯ ᠦᠨ 104 ᠨᠢᠭᠤᠷ ᠲᠤ ᠨᠡ… [942, 223, 961, 1185]
notice-paragraph: ᠮᠣᠩᠭᠣᠯ ᠬᠡᠯᠡ ᠪᠢᠴᠢᠭ ᠦᠨ ᠰᠤᠷᠭᠠᠯ ᠬᠦᠮᠦᠵᠢᠯ ᠦᠨ ᠠ… [980, 223, 999, 1185]
footer-label: ᠬᠠᠷᠢᠭᠤᠴᠠᠬᠤ [1318, 2075, 1364, 2159]
news-paragraph: ᠮᠣᠩᠭᠣᠯ ᠬᠡᠯᠡ ᠪᠢᠴᠢᠭ ᠦᠨ ᠰᠤᠷᠭᠠᠯ ᠬᠦᠮᠦᠵᠢᠯ ᠦᠨ ᠠ… [1190, 223, 1209, 1185]
left-feature-columns-a: ᠮᠣᠩᠭᠣᠯ ᠬᠡᠯᠡ ᠪᠢᠴᠢᠭ ᠦᠨ ᠬᠥᠭᠵᠢᠯ ᠦᠨ ᠲᠤᠬᠠᠢ ᠪᠠᠷ… [108, 1201, 447, 2009]
list-item: △ ᠰᠤᠷᠤᠭᠴᠢᠳ ᠤᠨ ᠤᠷᠠᠯᠳᠤᠭᠠᠨ —— ᠤᠷᠠᠯᠳᠤᠭᠠᠨ [1101, 1386, 1120, 1709]
header-band-right [963, 169, 1317, 186]
footer-label: ᠳᠤᠭᠠᠷ [949, 2075, 995, 2159]
left-feature-paragraph: ᠰᠤᠷᠭᠠᠭᠤᠯᠢ ᠳᠤ ᠮᠣᠩᠭᠣᠯ ᠬᠡᠯᠡ ᠪᠡᠷ ᠰᠤᠷᠭᠠᠨ ᠬᠦᠮᠦ… [620, 1201, 639, 2009]
feature-paragraph: ᠬᠡᠯᠡ ᠰᠤᠳᠤᠯᠭᠠ ᠶᠢᠨ ᠠᠵᠢᠯ ᠢ ᠦᠷᠭᠦᠯᠵᠢᠯᠡᠨ ᠶᠠᠪᠤᠭ… [350, 231, 370, 1185]
footer-label: ᠨᠠᠢᠷᠠᠭᠤᠯᠤᠭᠴᠢ [1226, 2075, 1272, 2159]
left-feature-paragraph: ᠰᠤᠷᠭᠠᠭᠤᠯᠢ ᠳᠤ ᠮᠣᠩᠭᠣᠯ ᠬᠡᠯᠡ ᠪᠡᠷ ᠰᠤᠷᠭᠠᠨ ᠬᠦᠮᠦ… [281, 1201, 300, 2009]
left-feature-title-part: ᠬᠡᠯᠡ [435, 1501, 508, 1560]
list-item: △ ᠬᠡᠯᠡ ᠰᠤᠳᠤᠯᠭᠠ ᠶᠢᠨ ᠰᠢᠨ᠎ᠡ ᠦᠷ᠎ᠡ ᠳᠦᠩ —— ᠰᠤᠳ… [1005, 1386, 1024, 1709]
feature-paragraph: ᠪᠢᠴᠢᠭ ᠦᠨ ᠣᠶᠤᠨ ᠰᠢᠨᠵᠢᠯᠡᠬᠦ ᠬᠠᠷᠢᠶᠠᠲᠠᠢ ᠠᠵᠢᠯ ᠢ… [543, 231, 562, 1185]
notice-paragraph: ᠮᠣᠩᠭᠣᠯ ᠬᠡᠯᠡ ᠪᠢᠴᠢᠭ ᠦᠨ ᠰᠤᠷᠭᠠᠯ ᠬᠦᠮᠦᠵᠢᠯ ᠦᠨ ᠠ… [1019, 223, 1038, 1185]
feature-subhead: ᠰᠤᠳᠤᠯᠭᠠ ᠶᠢᠨ ᠠᠵᠢᠯ [389, 231, 408, 1185]
blue-box-paragraph: ᠮᠣᠩᠭᠣᠯ ᠪᠢᠴᠢᠭ ᠦᠨ ᠰᠤᠷᠭᠠᠯ ᠤᠨ ᠠᠵᠢᠯ ᠢ ᠰᠢᠨᠵᠢᠯᠡ… [1405, 1732, 1444, 2040]
blue-box-paragraph: ᠮᠣᠩᠭᠣᠯ ᠪᠢᠴᠢᠭ ᠦᠨ ᠰᠤᠷᠭᠠᠯ ᠤᠨ ᠠᠵᠢᠯ ᠢ ᠰᠢᠨᠵᠢᠯᠡ… [1155, 1732, 1194, 2040]
left-feature-paragraph: ᠦᠨᠳᠦᠰᠦᠲᠡᠨ ᠦ ᠰᠣᠶᠣᠯ ᠢ ᠬᠠᠮᠠᠭᠠᠯᠠᠨ ᠥᠪ ᠯᠡᠨ ᠤᠯᠠ… [581, 1201, 601, 2009]
phone-line: ᠤᠲᠠᠰᠤ : 0471—4309223 [843, 223, 863, 1185]
list-item: △ ᠰᠤᠷᠭᠠᠯ ᠬᠦᠮᠦᠵᠢᠯ ᠦᠨ ᠰᠢᠨᠡᠴᠢᠯᠡᠯ —— ᠰᠤᠷᠭᠠᠯ [1197, 1386, 1217, 1709]
list-item: △ ᠮᠣᠩᠭᠣᠯ ᠪᠢᠴᠢᠭ ᠦᠨ ᠲᠡᠦᠬᠡ ᠶᠢᠨ ᠲᠤᠬᠠᠢ ᠮᠡᠳᠡᠭᠡ… [832, 1386, 851, 1709]
left-feature-paragraph: ᠬᠡᠯᠡ ᠰᠤᠳᠤᠯᠭᠠ ᠶᠢᠨ ᠠᠵᠢᠯ ᠢ ᠡᠷᠴᠢᠮᠵᠢᠲᠡᠢ ᠶᠠᠪᠤᠭ… [716, 1201, 735, 2009]
feature-paragraph: ᠰᠤᠷᠭᠠᠭᠤᠯᠢ ᠳᠤ ᠰᠤᠷᠤᠭᠴᠢᠳ ᠤᠨ ᠮᠡᠳᠡᠯᠭᠡ ᠶᠢ ᠳᠡᠭᠡ… [678, 231, 697, 1185]
news-paragraph: ᠮᠣᠩᠭᠣᠯ ᠬᠡᠯᠡ ᠪᠢᠴᠢᠭ ᠦᠨ ᠰᠤᠷᠭᠠᠯ ᠬᠦᠮᠦᠵᠢᠯ ᠦᠨ ᠠ… [1459, 223, 1478, 1185]
footer-label: ᠬᠠᠮᠲᠤ [480, 2075, 505, 2159]
footer-label: ᠬᠡᠯᠡ [604, 2075, 628, 2159]
feature-title: ᠮᠣᠩᠭᠣᠯ ᠬᠡᠯᠡ ᠪᠢᠴᠢᠭ [127, 254, 224, 1139]
list-item: △ ᠨᠣᠮ ᠤᠨ ᠰᠠᠩ ᠤᠨ ᠠᠵᠢᠯ —— ᠨᠣᠮ [1236, 1386, 1255, 1709]
source-credit: ( ᠮᠣᠩᠭᠣᠯ ᠬᠡᠯᠡ ᠪᠢᠴᠢᠭ ᠦᠨ ᠰᠣᠨᠢᠨ ) [735, 1201, 755, 2009]
header-rule-right [963, 192, 1505, 194]
list-item: △ ᠬᠡᠯᠡ ᠰᠤᠳᠤᠯᠭᠠ ᠶᠢᠨ ᠰᠢᠨ᠎ᠡ ᠦᠷ᠎ᠡ ᠳᠦᠩ —— ᠰᠤᠳ… [851, 1386, 870, 1709]
blue-box-paragraph: ᠮᠣᠩᠭᠣᠯ ᠪᠢᠴᠢᠭ ᠦᠨ ᠰᠤᠷᠭᠠᠯ ᠤᠨ ᠠᠵᠢᠯ ᠢ ᠰᠢᠨᠵᠢᠯᠡ… [1251, 1732, 1290, 2040]
phone-number: 0471—4309223 [847, 271, 860, 351]
blue-box-paragraph: ᠮᠣᠩᠭᠣᠯ ᠪᠢᠴᠢᠭ ᠦᠨ ᠰᠤᠷᠭᠠᠯ ᠤᠨ ᠠᠵᠢᠯ ᠢ ᠰᠢᠨᠵᠢᠯᠡ… [1001, 1732, 1040, 2040]
feature-subhead: ᠪᠢᠴᠢᠭ ᠦᠨ ᠠᠵᠢᠯ [331, 231, 350, 1185]
notice-heading: ᠮᠡᠳᠡᠭᠡᠯᠡᠯ ᠦᠨ ᠤᠲᠠᠰᠤ [824, 223, 843, 1185]
phone-line: ᠤᠲᠠᠰᠤ : 0471—4309220 [863, 223, 883, 1185]
blue-box-body: ᠪᠢᠴᠢᠭ ᠦᠨ ᠰᠤᠷᠭᠠᠯ ᠤᠨ ᠠᠵᠢᠯ ᠮᠣᠩᠭᠣᠯ ᠪᠢᠴᠢᠭ ᠦᠨ … [905, 1732, 1513, 2040]
issue-date: 2020.7.30 [1332, 162, 1461, 189]
phone-label: ᠤᠲᠠᠰᠤ [866, 223, 880, 260]
left-feature-paragraph: ᠰᠤᠷᠭᠠᠭᠤᠯᠢ ᠳᠤ ᠮᠣᠩᠭᠣᠯ ᠬᠡᠯᠡ ᠪᠡᠷ ᠰᠤᠷᠭᠠᠨ ᠬᠦᠮᠦ… [204, 1201, 223, 2009]
left-feature-paragraph: ᠮᠣᠩᠭᠣᠯ ᠬᠡᠯᠡ ᠪᠢᠴᠢᠭ ᠦᠨ ᠬᠥᠭᠵᠢᠯ ᠦᠨ ᠲᠤᠬᠠᠢ ᠪᠠᠷ… [678, 1201, 697, 2009]
left-feature-paragraph: ᠦᠨᠳᠦᠰᠦᠲᠡᠨ ᠦ ᠰᠣᠶᠣᠯ ᠢ ᠬᠠᠮᠠᠭᠠᠯᠠᠨ ᠥᠪ ᠯᠡᠨ ᠤᠯᠠ… [755, 1201, 774, 2009]
list-item: △ ᠰᠣᠶᠣᠯ ᠤᠨ ᠥᠪ ᠢ ᠬᠠᠮᠠᠭᠠᠯᠠᠬᠤ —— ᠥᠪ [1332, 1386, 1351, 1709]
blue-box-paragraph: 《ᠰᠤᠷᠤᠭᠴᠢ》 ᠪᠠ 《ᠪᠠᠭᠰᠢ》 ᠶᠢᠨ ᠬᠠᠷᠢᠯᠴᠠᠭ᠎ᠠ ᠶᠢ ᠰ… [1444, 1732, 1482, 2040]
footer-label: ᠬᠥᠯᠥᠭ [995, 2075, 1041, 2159]
footer-label: ᠬᠦᠯᠢᠶᠡᠨ ᠠᠪᠬᠤ : [182, 2075, 202, 2159]
blue-box-paragraph: ᠮᠣᠩᠭᠣᠯ ᠪᠢᠴᠢᠭ ᠦᠨ ᠰᠤᠷᠭᠠᠯ ᠤᠨ ᠠᠵᠢᠯ ᠢ ᠰᠢᠨᠵᠢᠯᠡ… [1482, 1732, 1513, 2040]
feature-paragraph: ᠪᠢᠴᠢᠭ ᠦᠨ ᠣᠶᠤᠨ ᠰᠢᠨᠵᠢᠯᠡᠬᠦ ᠬᠠᠷᠢᠶᠠᠲᠠᠢ ᠠᠵᠢᠯ ᠢ… [254, 231, 273, 1185]
